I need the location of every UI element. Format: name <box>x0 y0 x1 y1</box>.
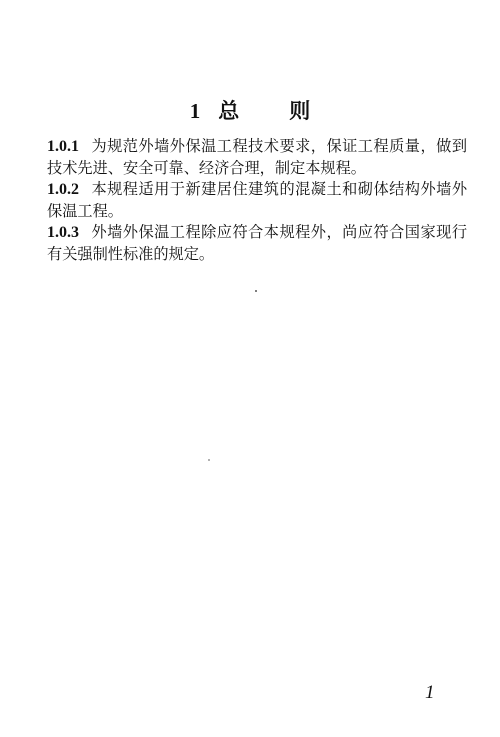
chapter-title-char-2: 则 <box>289 98 310 123</box>
chapter-number: 1 <box>190 99 201 123</box>
scan-speck <box>208 459 210 461</box>
chapter-heading: 1总则 <box>0 98 500 124</box>
scan-speck <box>255 290 257 292</box>
clause-number: 1.0.2 <box>47 181 79 198</box>
chapter-title-char-1: 总 <box>218 98 239 123</box>
clause-1-0-3: 1.0.3外墙外保温工程除应符合本规程外，尚应符合国家现行有关强制性标准的规定。 <box>47 222 467 265</box>
clause-text: 为规范外墙外保温工程技术要求，保证工程质量，做到技术先进、安全可靠、经济合理，制… <box>47 137 467 177</box>
chapter-body: 1.0.1为规范外墙外保温工程技术要求，保证工程质量，做到技术先进、安全可靠、经… <box>47 136 467 266</box>
clause-1-0-2: 1.0.2本规程适用于新建居住建筑的混凝土和砌体结构外墙外保温工程。 <box>47 179 467 222</box>
clause-1-0-1: 1.0.1为规范外墙外保温工程技术要求，保证工程质量，做到技术先进、安全可靠、经… <box>47 136 467 179</box>
clause-text: 本规程适用于新建居住建筑的混凝土和砌体结构外墙外保温工程。 <box>47 180 467 220</box>
page-number: 1 <box>425 683 435 703</box>
clause-text: 外墙外保温工程除应符合本规程外，尚应符合国家现行有关强制性标准的规定。 <box>47 223 467 263</box>
clause-number: 1.0.1 <box>47 138 79 155</box>
clause-number: 1.0.3 <box>47 224 79 241</box>
